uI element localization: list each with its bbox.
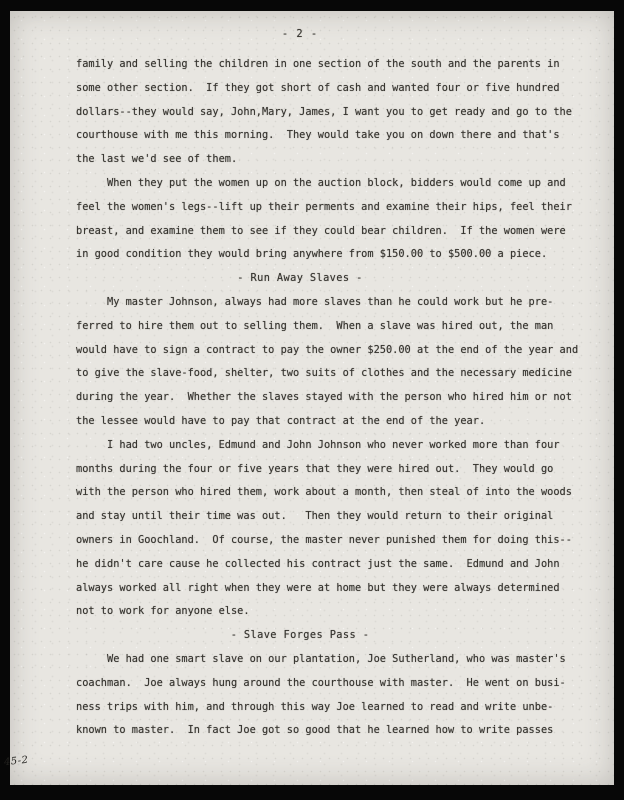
text-line: dollars--they would say, John,Mary, Jame… xyxy=(76,101,584,125)
section-heading: - Slave Forges Pass - xyxy=(46,624,554,648)
text-line: to give the slave-food, shelter, two sui… xyxy=(76,362,584,386)
text-line: during the year. Whether the slaves stay… xyxy=(76,386,584,410)
text-line: in good condition they would bring anywh… xyxy=(76,243,584,267)
page-number: - 2 - xyxy=(46,28,554,40)
scanned-photo-background: - 2 - family and selling the children in… xyxy=(0,0,624,800)
text-line: some other section. If they got short of… xyxy=(76,77,584,101)
text-line: courthouse with me this morning. They wo… xyxy=(76,124,584,148)
text-line: feel the women's legs--lift up their per… xyxy=(76,196,584,220)
text-line: coachman. Joe always hung around the cou… xyxy=(76,672,584,696)
text-line: and stay until their time was out. Then … xyxy=(76,505,584,529)
text-line: known to master. In fact Joe got so good… xyxy=(76,719,584,743)
section-heading: - Run Away Slaves - xyxy=(46,267,554,291)
text-line: We had one smart slave on our plantation… xyxy=(76,648,584,672)
text-line: breast, and examine them to see if they … xyxy=(76,220,584,244)
text-line: would have to sign a contract to pay the… xyxy=(76,339,584,363)
text-line: When they put the women up on the auctio… xyxy=(76,172,584,196)
text-line: ferred to hire them out to selling them.… xyxy=(76,315,584,339)
text-line: always worked all right when they were a… xyxy=(76,577,584,601)
text-line: ness trips with him, and through this wa… xyxy=(76,696,584,720)
text-line: owners in Goochland. Of course, the mast… xyxy=(76,529,584,553)
text-line: not to work for anyone else. xyxy=(76,600,584,624)
text-line: months during the four or five years tha… xyxy=(76,458,584,482)
text-line: My master Johnson, always had more slave… xyxy=(76,291,584,315)
document-page: - 2 - family and selling the children in… xyxy=(10,11,614,785)
text-line: I had two uncles, Edmund and John Johnso… xyxy=(76,434,584,458)
text-line: with the person who hired them, work abo… xyxy=(76,481,584,505)
text-line: he didn't care cause he collected his co… xyxy=(76,553,584,577)
text-lines: family and selling the children in one s… xyxy=(76,53,584,743)
text-line: family and selling the children in one s… xyxy=(76,53,584,77)
text-line: the last we'd see of them. xyxy=(76,148,584,172)
text-line: the lessee would have to pay that contra… xyxy=(76,410,584,434)
